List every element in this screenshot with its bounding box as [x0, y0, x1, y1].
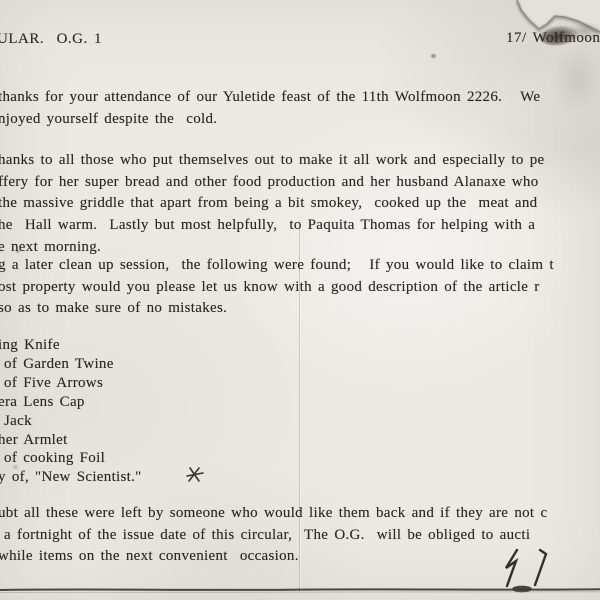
scanned-circular-letter: ULAR. O.G. 1 17/ Wolfmoon thanks for you… — [0, 0, 600, 600]
bottom-edge-shadow — [0, 592, 600, 593]
paper-bottom-edge — [0, 0, 600, 600]
bottom-edge-line — [0, 589, 600, 590]
